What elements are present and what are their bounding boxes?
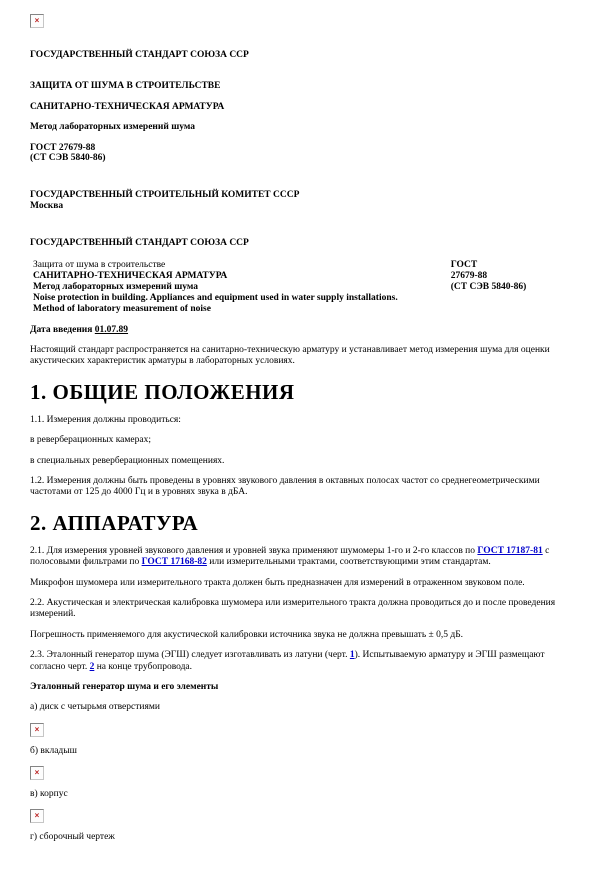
clause-2-1: 2.1. Для измерения уровней звукового дав… — [30, 546, 565, 569]
figure-row-disk: × — [30, 723, 565, 737]
clause-1-1-item-rooms: в специальных реверберационных помещения… — [30, 456, 565, 467]
doc-header-left: Защита от шума в строительстве САНИТАРНО… — [33, 260, 418, 316]
doc-header-right: ГОСТ 27679-88 (СТ СЭВ 5840-86) — [451, 260, 565, 316]
masthead-city: Москва — [30, 201, 565, 212]
masthead-gost-block: ГОСТ 27679-88 (СТ СЭВ 5840-86) — [30, 143, 565, 165]
scope-paragraph: Настоящий стандарт распространяется на с… — [30, 345, 565, 368]
date-value-link[interactable]: 01.07.89 — [95, 325, 128, 335]
masthead-committee-block: ГОСУДАРСТВЕННЫЙ СТРОИТЕЛЬНЫЙ КОМИТЕТ ССС… — [30, 190, 565, 212]
clause-1-1-item-chambers: в реверберационных камерах; — [30, 435, 565, 446]
masthead-title: САНИТАРНО-ТЕХНИЧЕСКАЯ АРМАТУРА — [30, 102, 565, 113]
date-label: Дата введения — [30, 325, 95, 335]
egsh-item-g: г) сборочный чертеж — [30, 832, 565, 843]
broken-image-x-glyph: × — [35, 726, 40, 734]
masthead-sev-number: (СТ СЭВ 5840-86) — [30, 153, 565, 164]
broken-image-icon: × — [30, 723, 44, 737]
egsh-caption: Эталонный генератор шума и его элементы — [30, 682, 565, 693]
clause-2-1-text-1: 2.1. Для измерения уровней звукового дав… — [30, 546, 477, 556]
date-line: Дата введения 01.07.89 — [30, 325, 565, 336]
doc-header-block: Защита от шума в строительстве САНИТАРНО… — [30, 260, 565, 316]
doc-gost-label: ГОСТ — [451, 260, 565, 271]
doc-subtitle-ru: Метод лабораторных измерений шума — [33, 282, 418, 293]
masthead-subtitle: Метод лабораторных измерений шума — [30, 122, 565, 133]
broken-image-icon: × — [30, 809, 44, 823]
clause-1-1: 1.1. Измерения должны проводиться: — [30, 415, 565, 426]
gost-17168-82-link[interactable]: ГОСТ 17168-82 — [142, 557, 207, 567]
egsh-item-b: б) вкладыш — [30, 746, 565, 757]
tolerance-paragraph: Погрешность применяемого для акустическо… — [30, 630, 565, 641]
broken-image-x-glyph: × — [35, 769, 40, 777]
clause-2-3-text-3: на конце трубопровода. — [94, 662, 192, 672]
doc-title-en: Noise protection in building. Appliances… — [33, 293, 418, 315]
clause-2-3: 2.3. Эталонный генератор шума (ЭГШ) след… — [30, 650, 565, 673]
section-2-heading: 2. АППАРАТУРА — [30, 511, 565, 536]
doc-subject-ru: Защита от шума в строительстве — [33, 260, 418, 271]
section-1-heading: 1. ОБЩИЕ ПОЛОЖЕНИЯ — [30, 380, 565, 405]
broken-image-icon: × — [30, 766, 44, 780]
clause-1-2: 1.2. Измерения должны быть проведены в у… — [30, 476, 565, 499]
masthead-subject: ЗАЩИТА ОТ ШУМА В СТРОИТЕЛЬСТВЕ — [30, 81, 565, 92]
top-image-row: × — [30, 14, 565, 28]
clause-2-3-text-1: 2.3. Эталонный генератор шума (ЭГШ) след… — [30, 650, 350, 660]
broken-image-icon: × — [30, 14, 44, 28]
clause-2-1-text-3: или измерительными трактами, соответству… — [207, 557, 491, 567]
egsh-item-v: в) корпус — [30, 789, 565, 800]
doc-gost-number: 27679-88 — [451, 271, 565, 282]
gost-17187-81-link[interactable]: ГОСТ 17187-81 — [477, 546, 542, 556]
masthead-standard-label: ГОСУДАРСТВЕННЫЙ СТАНДАРТ СОЮЗА ССР — [30, 50, 565, 61]
figure-row-body: × — [30, 809, 565, 823]
broken-image-x-glyph: × — [35, 17, 40, 25]
figure-row-insert: × — [30, 766, 565, 780]
doc-standard-label: ГОСУДАРСТВЕННЫЙ СТАНДАРТ СОЮЗА ССР — [30, 238, 565, 249]
clause-2-2: 2.2. Акустическая и электрическая калибр… — [30, 598, 565, 621]
doc-sev-number: (СТ СЭВ 5840-86) — [451, 282, 565, 293]
broken-image-x-glyph: × — [35, 812, 40, 820]
microphone-paragraph: Микрофон шумомера или измерительного тра… — [30, 578, 565, 589]
egsh-item-a: а) диск с четырьмя отверстиями — [30, 702, 565, 713]
masthead-gost-number: ГОСТ 27679-88 — [30, 143, 565, 154]
masthead-committee: ГОСУДАРСТВЕННЫЙ СТРОИТЕЛЬНЫЙ КОМИТЕТ ССС… — [30, 190, 565, 201]
doc-title-ru: САНИТАРНО-ТЕХНИЧЕСКАЯ АРМАТУРА — [33, 271, 418, 282]
